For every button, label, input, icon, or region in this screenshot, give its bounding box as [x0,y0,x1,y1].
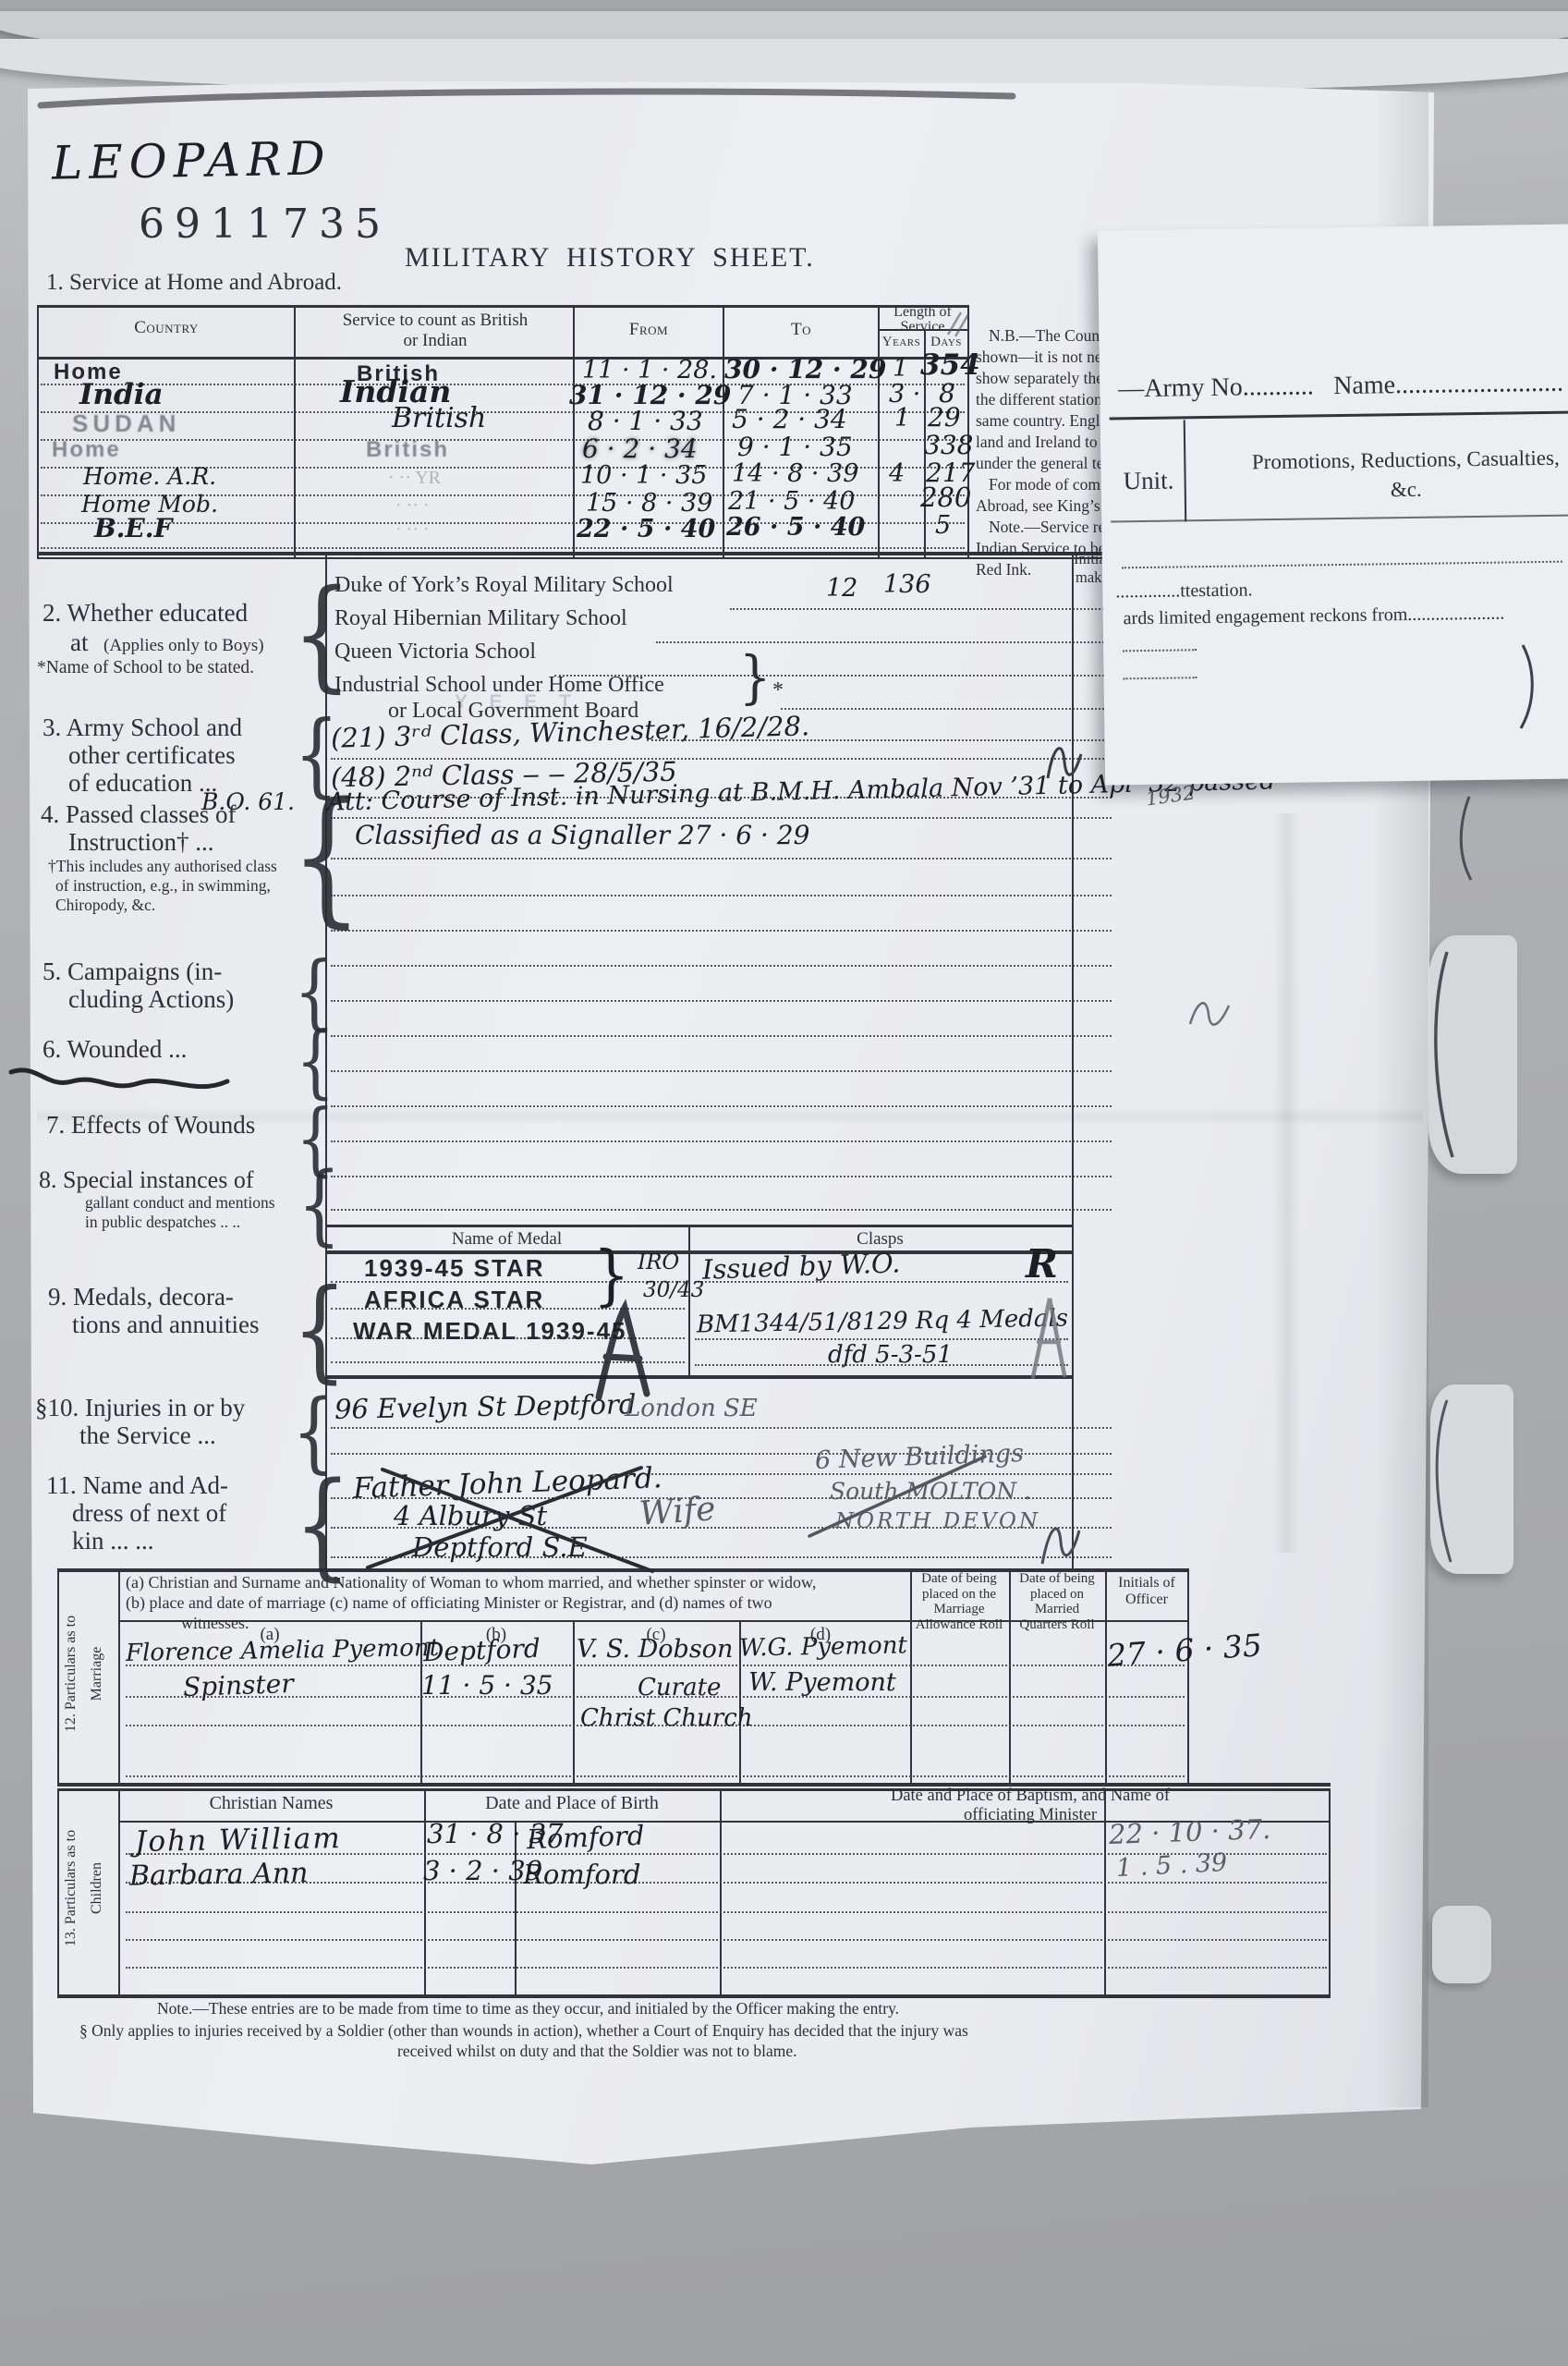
promotions-col-header: Promotions, Reductions, Casualties, [1239,446,1568,475]
dotted-line [647,1473,1112,1475]
svc-days: 280 [920,482,971,512]
s4-entry-2: Classified as a Signaller 27 · 6 · 29 [355,821,809,849]
child-birth-place: Romford [523,1860,640,1889]
torn-fragment [1430,1384,1513,1574]
clasp-entry-3: dfd 5-3-51 [828,1342,953,1369]
medal-stamp: AFRICA STAR [364,1287,544,1313]
army-no-label: —Army No........... [1118,372,1314,403]
dotted-line [331,965,1112,967]
marriage-side-label-1: 12. Particulars as to [63,1569,79,1778]
service-number-stamped: 6911735 [139,201,391,247]
s10-label-2: the Service ... [79,1421,216,1449]
rule-line [325,1375,1072,1379]
rule-line [720,1788,722,1994]
child-name: Barbara Ann [129,1858,309,1892]
faint-stamp-remnant: Y E E T [455,691,579,713]
dotted-line [730,608,1112,610]
dotted-line [331,858,1112,860]
s3-label-2: other certificates [68,741,236,769]
svc-country: Home [52,438,121,463]
surname-handwritten: LEOPARD [52,132,333,189]
medal-stamp: WAR MEDAL 1939-45 [353,1318,627,1345]
clasp-r-mark: R [1026,1242,1058,1286]
svc-from: 15 · 8 · 39 [586,490,712,518]
section-brace: { [296,1022,335,1102]
kin-address-2-crossed: Deptford S.E [412,1532,588,1562]
s8-label-3: in public despatches .. .. [85,1213,240,1232]
svc-to: 5 · 2 · 34 [732,405,847,433]
s4-footnote-2: of instruction, e.g., in swimming, [55,877,271,896]
dotted-line [126,1775,1185,1777]
kin-new-address-2: South MOLTON . [830,1479,1031,1505]
children-side-label-1: 13. Particulars as to [63,1787,79,1989]
kin-new-address-3: NORTH DEVON [835,1510,1040,1534]
rule-line [424,1788,426,1994]
s8-label-2: gallant conduct and mentions [85,1194,275,1213]
kin-wife-note: Wife [638,1491,717,1533]
medal-col-header: Name of Medal [325,1229,688,1249]
child-baptism-date: 1 . 5 . 39 [1115,1849,1228,1883]
dotted-line [331,1209,1112,1211]
svc-years: 4 [889,460,905,488]
s2-label-1: 2. Whether educated [43,599,248,627]
bottom-note-3: received whilst on duty and that the Sol… [397,2043,797,2061]
dotted-line [331,1035,1112,1037]
marriage-witness-1: W.G. Pyemont [739,1632,907,1662]
rule-line [1072,552,1074,1568]
marriage-minister: V. S. Dobson [577,1636,733,1664]
rule-line [37,305,39,557]
rule-line [1187,1568,1189,1784]
dotted-line [331,930,1112,932]
section-brace: { [292,1275,347,1386]
svc-country: India [79,379,164,411]
svc-from: 10 · 1 · 35 [580,462,707,490]
svc-country: Home. A.R. [83,464,216,490]
s11-label-2: dress of next of [72,1499,226,1527]
svc-years: 1 [893,355,908,383]
section-brace: { [294,1468,351,1583]
svc-service: · ·· · [395,519,430,540]
dotted-line [331,1070,1112,1072]
svc-from: 8 · 1 · 33 [588,407,703,435]
svc-to: 14 · 8 · 39 [732,460,858,488]
s9-label-1: 9. Medals, decora- [48,1283,234,1311]
unit-col-header: Unit. [1123,467,1173,495]
s5-label-1: 5. Campaigns (in- [43,957,222,985]
torn-edge-curve [1461,797,1471,880]
marriage-header-1: (a) Christian and Surname and Nationalit… [126,1573,816,1592]
s2-label-2b: (Applies only to Boys) [103,636,264,655]
footnote-star: * [772,678,784,703]
svc-service: British [366,438,449,463]
rule-line [1110,410,1568,420]
medal-iro-note: IRO [638,1251,679,1275]
svc-days: 338 [924,431,973,459]
dotted-line [126,1911,1327,1913]
rule-line [37,552,1114,555]
medal-stamp: 1939-45 STAR [364,1255,545,1282]
children-birth-header: Date and Place of Birth [424,1793,720,1813]
clasp-col-header: Clasps [688,1229,1072,1249]
dotted-line [695,1338,1068,1340]
marriage-date: 11 · 5 · 35 [421,1671,553,1700]
dotted-line [781,708,1112,710]
bottom-note-2: § Only applies to injuries received by a… [79,2022,968,2041]
rule-line [325,1225,1072,1227]
dotted-line [331,1140,1112,1142]
child-baptism-date: 22 · 10 · 37. [1108,1814,1270,1850]
s4-footnote-3: Chiropody, &c. [55,896,155,915]
s3-label-1: 3. Army School and [43,713,242,741]
medal-iro-note-2: 30/43 [643,1279,704,1303]
col-country: Country [39,318,294,337]
rule-line [37,557,1114,559]
children-names-header: Christian Names [118,1793,424,1813]
child-birth-place: Romford [526,1821,644,1855]
dotted-line [331,817,1112,819]
rule-line [37,305,968,308]
marriage-wife-name: Florence Amelia Pyemont [126,1635,440,1667]
form-title: MILITARY HISTORY SHEET. [405,242,815,274]
col-service-2: or Indian [298,331,573,350]
svc-service: · ·· · [395,495,430,516]
dotted-line [331,1105,1112,1107]
school-option: Royal Hibernian Military School [334,606,627,631]
school-option: Queen Victoria School [334,640,536,665]
marriage-header-2: (b) place and date of marriage (c) name … [126,1593,772,1612]
children-side-label-2: Children [89,1787,105,1989]
svc-to: 9 · 1 · 35 [737,433,853,461]
s10-label-1: §10. Injuries in or by [35,1394,245,1421]
s8-label-1: 8. Special instances of [39,1166,254,1193]
dotted-line [1122,561,1562,569]
svc-days: 5 [935,512,951,540]
dotted-line [41,547,965,549]
s3-label-3: of education ... [68,769,217,797]
s7-label: 7. Effects of Wounds [46,1111,255,1139]
printed-brace: } [739,649,771,706]
marriage-allowance-col-header: Date of being placed on the Marriage All… [912,1571,1006,1632]
s2-entry-days: 136 [883,571,931,599]
clasp-entry-1: Issued by W.O. [701,1248,900,1285]
overlapping-form-card: —Army No........... Name................… [1098,224,1568,785]
rule-line [1329,1788,1331,1994]
svc-from: 6 · 2 · 34 [582,434,698,463]
dotted-line [331,895,1112,896]
attestation-fragment: ..............ttestation. [1115,579,1253,602]
s9-label-2: tions and annuities [72,1311,259,1338]
rule-line [1184,420,1187,521]
children-baptism-header-1: Date and Place of Baptism, and Name of [739,1787,1321,1806]
marriage-side-label-2: Marriage [89,1569,105,1778]
rule-line [118,1788,120,1994]
s11-label-3: kin ... ... [72,1527,154,1555]
torn-fragment [1432,1906,1491,1983]
rule-line [573,305,575,557]
name-label: Name.......................... [1333,369,1563,401]
col-from: From [575,320,723,339]
s2-label-3: *Name of School to be stated. [37,658,254,678]
marriage-witness-2: W. Pyemont [748,1669,896,1697]
svc-to: 21 · 5 · 40 [728,488,855,516]
svc-days: 29 [928,403,961,432]
dotted-line [126,1665,1185,1666]
s10-entry: 96 Evelyn St Deptford [334,1389,637,1424]
rule-line [118,1568,120,1784]
section1-heading: 1. Service at Home and Abroad. [46,270,342,296]
torn-fragment [1428,935,1517,1174]
dotted-line [126,1939,1327,1941]
dotted-line [1124,677,1197,679]
svc-service: · ·· YR [388,468,441,488]
kin-address-1-crossed: 4 Albury St [394,1501,547,1531]
dotted-line [1123,649,1197,652]
marriage-place: Deptford [422,1634,541,1667]
s2-label-2: at [70,628,89,656]
dotted-line [331,1427,1112,1429]
officer-initials-col-header: Initials of Officer [1107,1575,1186,1609]
svc-days: 354 [920,349,980,382]
child-name: John William [135,1823,342,1859]
s4-label-1: 4. Passed classes of [41,800,236,828]
svc-country: B.E.F [94,514,172,543]
svc-from: 22 · 5 · 40 [577,516,715,543]
dotted-line [331,1361,685,1363]
promotions-col-header-2: &c. [1240,476,1568,505]
rule-line [57,1994,1331,1998]
marriage-minister-3: Christ Church [580,1705,753,1732]
rule-line [573,1620,575,1784]
handwritten-brace: } [593,1242,629,1308]
dotted-line [656,641,1112,643]
s2-entry-years: 12 [826,575,857,603]
rule-line [57,1568,59,1784]
svc-to: 26 · 5 · 40 [726,514,865,542]
dotted-line [331,1176,1112,1177]
s4-label-2: Instruction† ... [68,828,213,856]
marriage-spinster: Spinster [182,1669,294,1702]
rule-line [57,1788,59,1994]
s10-entry-pencil: London SE [625,1396,758,1422]
s4-footnote-1: †This includes any authorised class [48,858,277,876]
rule-line [723,305,724,557]
school-option: Duke of York’s Royal Military School [334,573,674,598]
rule-line [294,305,296,557]
engagement-fragment: ards limited engagement reckons from....… [1124,604,1505,629]
married-quarters-col-header: Date of being placed on Married Quarters… [1011,1571,1103,1632]
bottom-note-1: Note.—These entries are to be made from … [157,2000,899,2018]
dotted-line [331,1000,1112,1002]
scanned-document-photo: {{{{{{{{{{ LEOPARD 6911735 MILITARY HIST… [0,0,1568,2366]
svc-country: SUDAN [72,410,180,437]
col-service: Service to count as British [298,311,573,330]
marriage-minister-2: Curate [638,1675,721,1701]
rule-line [1111,514,1568,522]
svc-service: British [392,403,486,434]
col-to: To [724,320,878,339]
paper-crease [1273,813,1301,1553]
s5-label-2: cluding Actions) [68,985,234,1013]
col-length-2: Service [879,319,966,335]
s11-label-1: 11. Name and Ad- [46,1471,228,1499]
col-years: Years [879,335,924,350]
marriage-header-3: witnesses. [181,1614,249,1632]
svc-years: 1 [894,405,910,433]
s6-label: 6. Wounded ... [43,1035,187,1063]
dotted-line [126,1967,1327,1969]
